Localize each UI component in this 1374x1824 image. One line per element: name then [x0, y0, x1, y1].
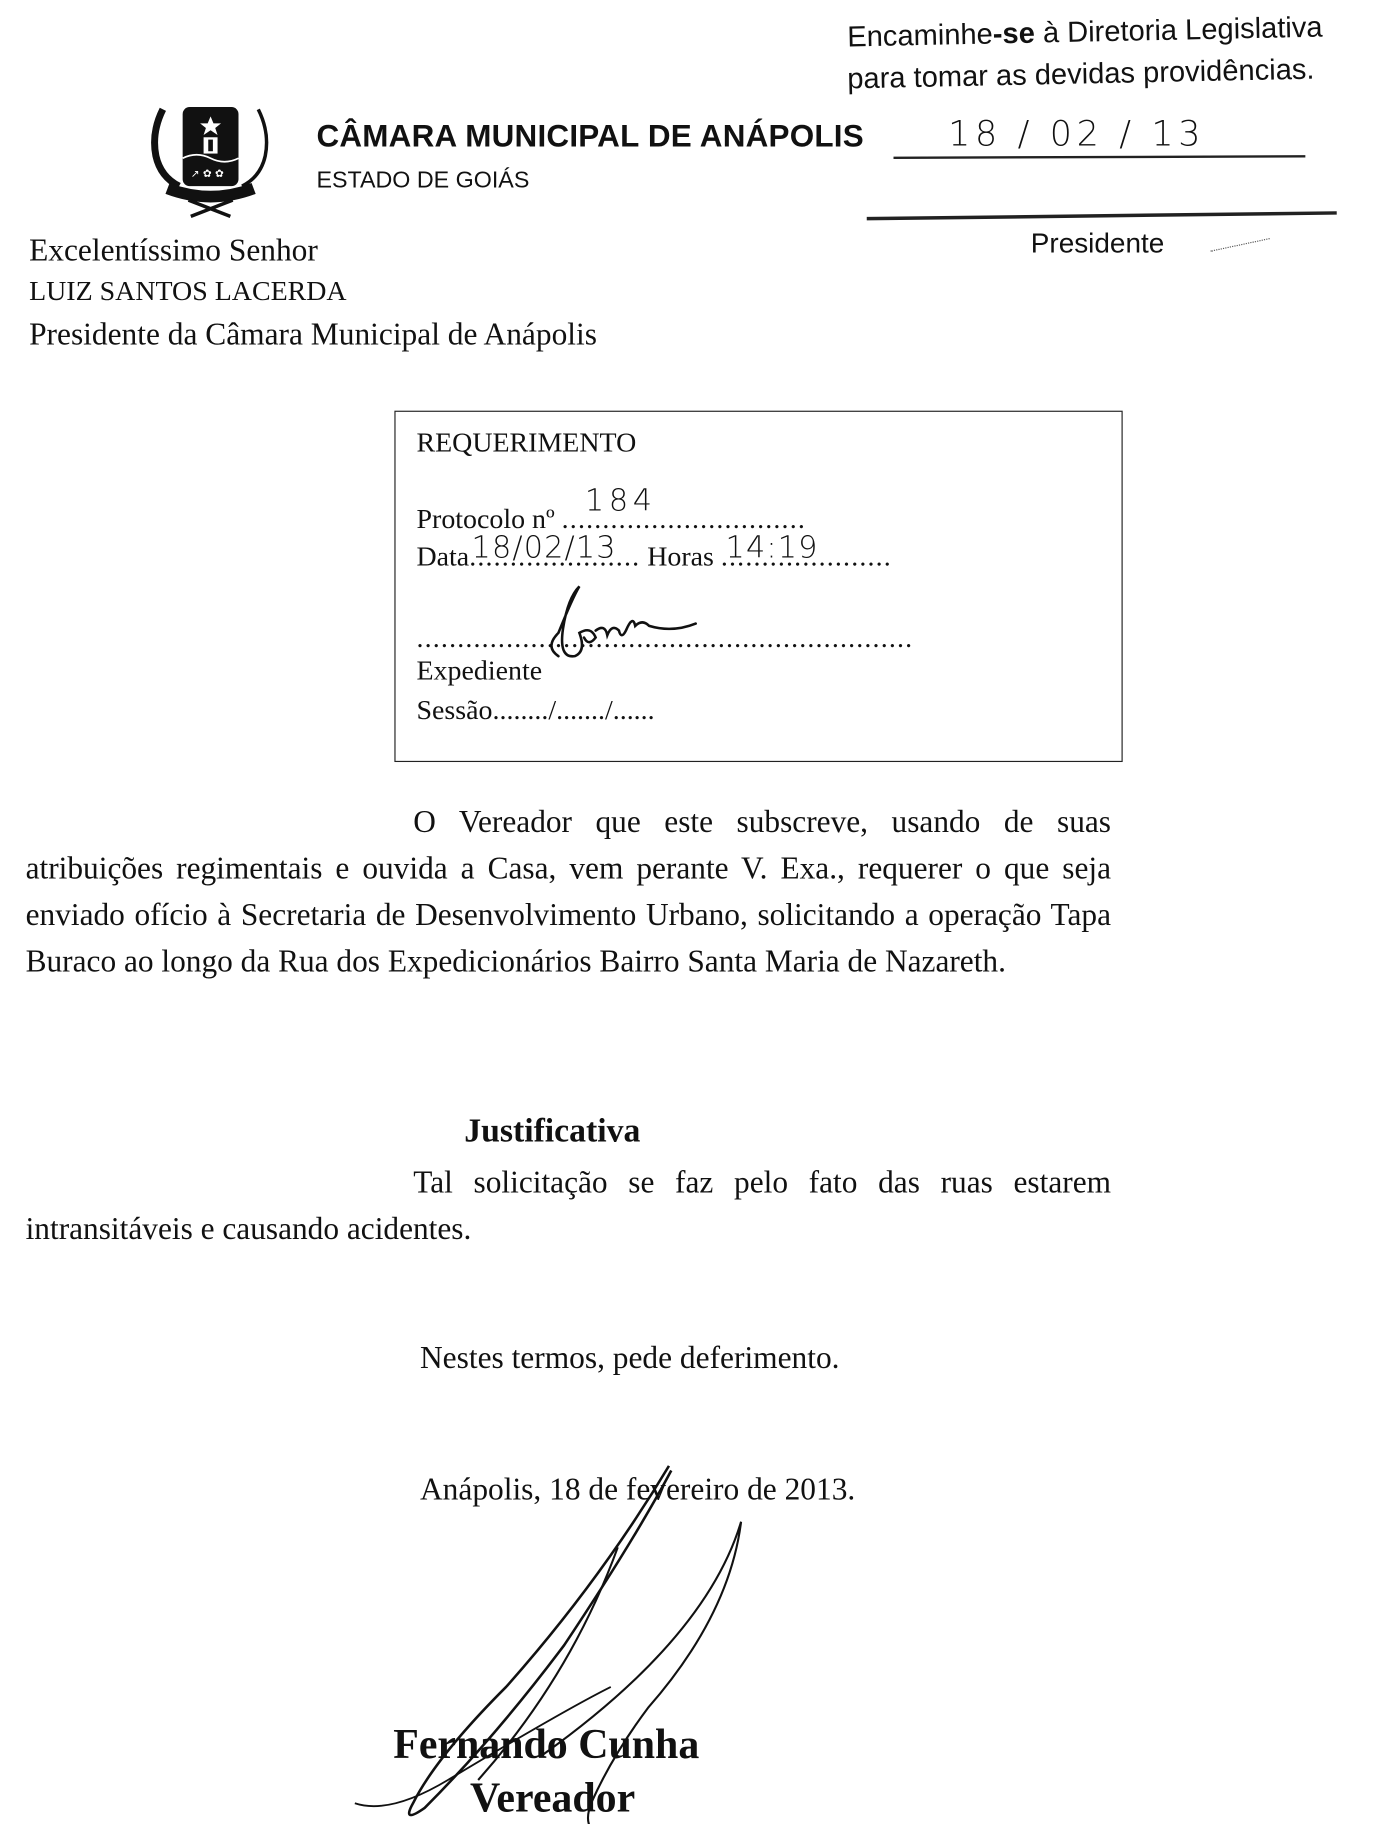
receiver-signature-icon — [524, 575, 745, 668]
justification-paragraph: Tal solicitação se faz pelo fato das rua… — [26, 1159, 1111, 1252]
hours-label: Horas — [647, 542, 714, 572]
date-hours-row: Data.....................18/02/13 Horas … — [416, 542, 891, 573]
org-name: CÂMARA MUNICIPAL DE ANÁPOLIS — [316, 119, 864, 155]
stamp-date-line — [893, 155, 1305, 159]
protocol-box-title: REQUERIMENTO — [416, 428, 636, 459]
stamp-signature-scribble — [1210, 238, 1270, 253]
stamp-signature-label: Presidente — [1031, 228, 1165, 261]
handwritten-signature-icon — [343, 1454, 762, 1824]
request-paragraph: O Vereador que este subscreve, usando de… — [26, 798, 1111, 984]
dispatch-stamp-line2: para tomar as devidas providências. — [847, 53, 1315, 97]
stamp-handwritten-date: 18 / 02 / 13 — [948, 114, 1205, 155]
org-state: ESTADO DE GOIÁS — [316, 168, 529, 195]
sessao-label: Sessão — [416, 696, 492, 726]
date-label: Data — [416, 542, 469, 572]
closing-text: Nestes termos, pede deferimento. — [420, 1340, 840, 1376]
protocol-stamp-box: REQUERIMENTO Protocolo nº ..............… — [394, 411, 1122, 762]
protocol-number-value: 184 — [585, 484, 657, 519]
justification-heading: Justificativa — [464, 1112, 640, 1150]
addressee-name: LUIZ SANTOS LACERDA — [29, 277, 346, 308]
dispatch-stamp-line1: Encaminhe-se à Diretoria Legislativa — [847, 11, 1323, 55]
stamp-signature-line — [867, 211, 1337, 220]
coat-of-arms-icon: ↗ ✿ ✿ — [142, 81, 279, 221]
addressee-salutation: Excelentíssimo Senhor — [29, 230, 318, 271]
request-text: O Vereador que este subscreve, usando de… — [26, 803, 1111, 979]
addressee-title: Presidente da Câmara Municipal de Anápol… — [29, 314, 597, 355]
svg-text:↗ ✿ ✿: ↗ ✿ ✿ — [191, 168, 224, 180]
sessao-value: ......../......./...... — [493, 696, 655, 726]
document-page: Encaminhe-se à Diretoria Legislativa par… — [0, 0, 1374, 1824]
justification-text: Tal solicitação se faz pelo fato das rua… — [26, 1163, 1111, 1246]
sessao-row: Sessão......../......./...... — [416, 696, 654, 727]
expediente-label: Expediente — [416, 656, 542, 687]
date-value: 18/02/13 — [472, 531, 617, 566]
hours-value: 14:19 — [726, 531, 819, 566]
